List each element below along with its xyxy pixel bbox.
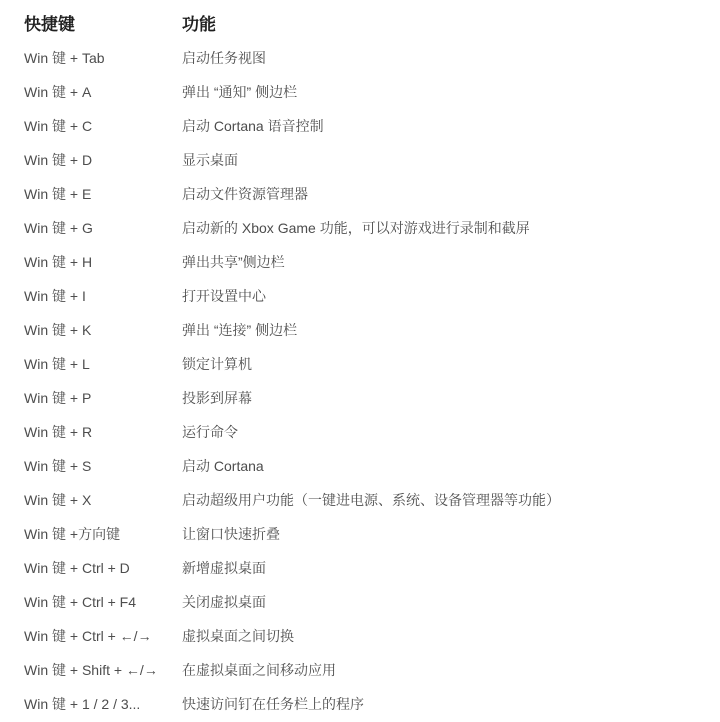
function-cell: 在虚拟桌面之间移动应用	[182, 660, 710, 680]
table-row: Win 键 + Ctrl + D 新增虚拟桌面	[24, 551, 710, 585]
shortcut-cell: Win 键 + Tab	[24, 48, 182, 68]
shortcut-cell: Win 键 + S	[24, 456, 182, 476]
table-row: Win 键 + Ctrl + F4 关闭虚拟桌面	[24, 585, 710, 619]
function-cell: 运行命令	[182, 422, 710, 442]
shortcut-cell: Win 键 + D	[24, 150, 182, 170]
shortcut-cell: Win 键 + K	[24, 320, 182, 340]
table-row: Win 键 + D 显示桌面	[24, 143, 710, 177]
table-row: Win 键 + P 投影到屏幕	[24, 381, 710, 415]
table-row: Win 键 + I 打开设置中心	[24, 279, 710, 313]
function-cell: 虚拟桌面之间切换	[182, 626, 710, 646]
function-cell: 让窗口快速折叠	[182, 524, 710, 544]
shortcut-cell: Win 键 + G	[24, 218, 182, 238]
function-cell: 打开设置中心	[182, 286, 710, 306]
function-cell: 启动 Cortana	[182, 456, 710, 476]
shortcut-cell: Win 键 + A	[24, 82, 182, 102]
shortcut-cell: Win 键 + Ctrl + ←/→	[24, 626, 182, 646]
shortcut-cell: Win 键 + Shift + ←/→	[24, 660, 182, 680]
table-row: Win 键 + Ctrl + ←/→ 虚拟桌面之间切换	[24, 619, 710, 653]
table-row: Win 键 + H 弹出共享”侧边栏	[24, 245, 710, 279]
function-cell: 启动新的 Xbox Game 功能，可以对游戏进行录制和截屏	[182, 218, 710, 238]
function-cell: 显示桌面	[182, 150, 710, 170]
shortcut-cell: Win 键 + C	[24, 116, 182, 136]
function-cell: 弹出共享”侧边栏	[182, 252, 710, 272]
table-body: Win 键 + Tab 启动任务视图 Win 键 + A 弹出 “通知” 侧边栏…	[24, 41, 710, 721]
shortcut-cell: Win 键 + E	[24, 184, 182, 204]
function-cell: 投影到屏幕	[182, 388, 710, 408]
shortcut-cell: Win 键 + Ctrl + F4	[24, 592, 182, 612]
table-row: Win 键 + A 弹出 “通知” 侧边栏	[24, 75, 710, 109]
function-cell: 弹出 “连接” 侧边栏	[182, 320, 710, 340]
function-cell: 启动超级用户功能（一键进电源、系统、设备管理器等功能）	[182, 490, 710, 510]
function-cell: 启动任务视图	[182, 48, 710, 68]
header-shortcut-column: 快捷键	[24, 10, 182, 35]
table-header-row: 快捷键 功能	[24, 6, 710, 38]
shortcut-cell: Win 键 + R	[24, 422, 182, 442]
shortcut-cell: Win 键 + L	[24, 354, 182, 374]
table-row: Win 键 + E 启动文件资源管理器	[24, 177, 710, 211]
function-cell: 启动文件资源管理器	[182, 184, 710, 204]
function-cell: 启动 Cortana 语音控制	[182, 116, 710, 136]
table-row: Win 键 + Shift + ←/→ 在虚拟桌面之间移动应用	[24, 653, 710, 687]
table-row: Win 键 + C 启动 Cortana 语音控制	[24, 109, 710, 143]
shortcut-cell: Win 键 + P	[24, 388, 182, 408]
function-cell: 锁定计算机	[182, 354, 710, 374]
table-row: Win 键 + G 启动新的 Xbox Game 功能，可以对游戏进行录制和截屏	[24, 211, 710, 245]
shortcut-table-page: 快捷键 功能 Win 键 + Tab 启动任务视图 Win 键 + A 弹出 “…	[0, 0, 720, 722]
table-row: Win 键 + R 运行命令	[24, 415, 710, 449]
shortcut-cell: Win 键 + H	[24, 252, 182, 272]
table-row: Win 键 + 1 / 2 / 3... 快速访问钉在任务栏上的程序	[24, 687, 710, 721]
function-cell: 弹出 “通知” 侧边栏	[182, 82, 710, 102]
shortcut-cell: Win 键 +方向键	[24, 524, 182, 544]
table-row: Win 键 + S 启动 Cortana	[24, 449, 710, 483]
table-row: Win 键 + L 锁定计算机	[24, 347, 710, 381]
shortcut-cell: Win 键 + Ctrl + D	[24, 558, 182, 578]
shortcut-cell: Win 键 + 1 / 2 / 3...	[24, 694, 182, 714]
shortcut-cell: Win 键 + X	[24, 490, 182, 510]
table-row: Win 键 + X 启动超级用户功能（一键进电源、系统、设备管理器等功能）	[24, 483, 710, 517]
table-row: Win 键 + Tab 启动任务视图	[24, 41, 710, 75]
shortcut-cell: Win 键 + I	[24, 286, 182, 306]
header-function-column: 功能	[182, 10, 710, 35]
function-cell: 新增虚拟桌面	[182, 558, 710, 578]
table-row: Win 键 + K 弹出 “连接” 侧边栏	[24, 313, 710, 347]
function-cell: 快速访问钉在任务栏上的程序	[182, 694, 710, 714]
function-cell: 关闭虚拟桌面	[182, 592, 710, 612]
table-row: Win 键 +方向键 让窗口快速折叠	[24, 517, 710, 551]
